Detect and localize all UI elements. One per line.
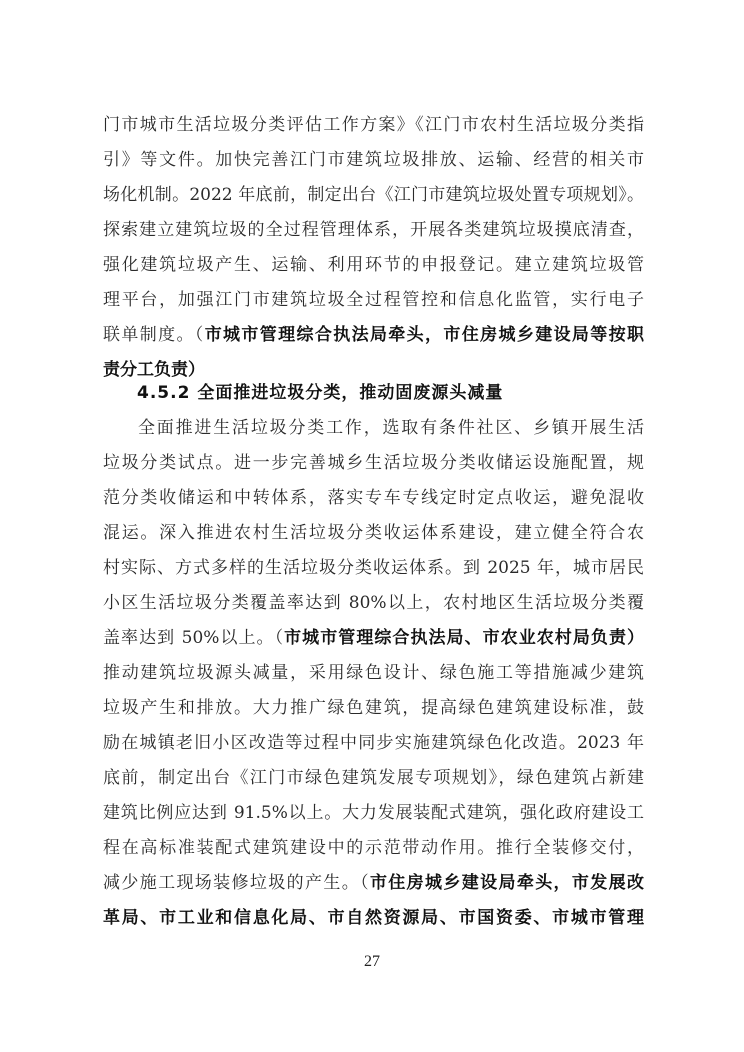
line-text: 垃圾产生和排放。大力推广绿色建筑，提高绿色建筑建设标准，鼓 (103, 698, 644, 718)
text-line: 场化机制。2022 年底前，制定出台《江门市建筑垃圾处置专项规划》。 (103, 178, 644, 213)
text-line: 小区生活垃圾分类覆盖率达到 80%以上，农村地区生活垃圾分类覆 (103, 586, 644, 621)
text-line: 强化建筑垃圾产生、运输、利用环节的申报登记。建立建筑垃圾管 (103, 248, 644, 283)
text-line: 推动建筑垃圾源头减量，采用绿色设计、绿色施工等措施减少建筑 (103, 656, 644, 691)
line-text: 建筑比例应达到 91.5%以上。大力发展装配式建筑，强化政府建设工 (103, 803, 644, 823)
text-line: 底前，制定出台《江门市绿色建筑发展专项规划》，绿色建筑占新建 (103, 761, 644, 796)
section-heading: 4.5.2 全面推进垃圾分类，推动固废源头减量 (137, 376, 503, 411)
text-line: 全面推进生活垃圾分类工作，选取有条件社区、乡镇开展生活 (138, 411, 644, 446)
line-text: 村实际、方式多样的生活垃圾分类收运体系。到 2025 年，城市居民 (103, 558, 644, 578)
line-text: 程在高标准装配式建筑建设中的示范带动作用。推行全装修交付， (103, 838, 644, 858)
line-text: 励在城镇老旧小区改造等过程中同步实施建筑绿色化改造。2023 年 (103, 733, 644, 753)
text-line: 范分类收储运和中转体系，落实专车专线定时定点收运，避免混收 (103, 481, 644, 516)
responsible-agency-text: 市城市管理综合执法局、市农业农村局负责） (284, 628, 644, 648)
text-line: 混运。深入推进农村生活垃圾分类收运体系建设，建立健全符合农 (103, 516, 644, 551)
text-line: 联单制度。（市城市管理综合执法局牵头，市住房城乡建设局等按职 (103, 318, 644, 353)
text-line: 革局、市工业和信息化局、市自然资源局、市国资委、市城市管理 (103, 901, 644, 936)
text-line: 励在城镇老旧小区改造等过程中同步实施建筑绿色化改造。2023 年 (103, 726, 644, 761)
line-text: 引》等文件。加快完善江门市建筑垃圾排放、运输、经营的相关市 (103, 150, 644, 170)
text-line: 理平台，加强江门市建筑垃圾全过程管控和信息化监管，实行电子 (103, 283, 644, 318)
line-text: 范分类收储运和中转体系，落实专车专线定时定点收运，避免混收 (103, 488, 644, 508)
document-page: 门市城市生活垃圾分类评估工作方案》《江门市农村生活垃圾分类指 引》等文件。加快完… (0, 0, 744, 1052)
line-text: 门市城市生活垃圾分类评估工作方案》《江门市农村生活垃圾分类指 (103, 115, 644, 135)
line-text: 理平台，加强江门市建筑垃圾全过程管控和信息化监管，实行电子 (103, 290, 644, 310)
page-number: 27 (0, 953, 744, 971)
text-line: 村实际、方式多样的生活垃圾分类收运体系。到 2025 年，城市居民 (103, 551, 644, 586)
line-text: 联单制度。（ (103, 325, 205, 345)
text-line: 引》等文件。加快完善江门市建筑垃圾排放、运输、经营的相关市 (103, 143, 644, 178)
text-line: 程在高标准装配式建筑建设中的示范带动作用。推行全装修交付， (103, 831, 644, 866)
line-text: 盖率达到 50%以上。（ (103, 628, 284, 648)
text-line: 盖率达到 50%以上。（市城市管理综合执法局、市农业农村局负责） (103, 621, 644, 656)
text-line: 门市城市生活垃圾分类评估工作方案》《江门市农村生活垃圾分类指 (103, 108, 644, 143)
responsible-agency-text: 革局、市工业和信息化局、市自然资源局、市国资委、市城市管理 (103, 908, 644, 928)
line-text: 场化机制。2022 年底前，制定出台《江门市建筑垃圾处置专项规划》。 (103, 185, 644, 205)
line-text: 减少施工现场装修垃圾的产生。（ (103, 873, 370, 893)
text-line: 建筑比例应达到 91.5%以上。大力发展装配式建筑，强化政府建设工 (103, 796, 644, 831)
text-line: 垃圾产生和排放。大力推广绿色建筑，提高绿色建筑建设标准，鼓 (103, 691, 644, 726)
line-text: 强化建筑垃圾产生、运输、利用环节的申报登记。建立建筑垃圾管 (103, 255, 644, 275)
responsible-agency-text: 市城市管理综合执法局牵头，市住房城乡建设局等按职 (205, 325, 644, 345)
line-text: 底前，制定出台《江门市绿色建筑发展专项规划》，绿色建筑占新建 (103, 768, 644, 788)
text-line: 垃圾分类试点。进一步完善城乡生活垃圾分类收储运设施配置，规 (103, 446, 644, 481)
line-text: 垃圾分类试点。进一步完善城乡生活垃圾分类收储运设施配置，规 (103, 453, 644, 473)
line-text: 推动建筑垃圾源头减量，采用绿色设计、绿色施工等措施减少建筑 (103, 663, 644, 683)
line-text: 探索建立建筑垃圾的全过程管理体系，开展各类建筑垃圾摸底清查， (103, 220, 644, 240)
line-text: 小区生活垃圾分类覆盖率达到 80%以上，农村地区生活垃圾分类覆 (103, 593, 644, 613)
line-text: 混运。深入推进农村生活垃圾分类收运体系建设，建立健全符合农 (103, 523, 644, 543)
line-text: 全面推进生活垃圾分类工作，选取有条件社区、乡镇开展生活 (138, 418, 644, 438)
text-line: 减少施工现场装修垃圾的产生。（市住房城乡建设局牵头，市发展改 (103, 866, 644, 901)
responsible-agency-text: 市住房城乡建设局牵头，市发展改 (370, 873, 644, 893)
text-line: 探索建立建筑垃圾的全过程管理体系，开展各类建筑垃圾摸底清查， (103, 213, 644, 248)
